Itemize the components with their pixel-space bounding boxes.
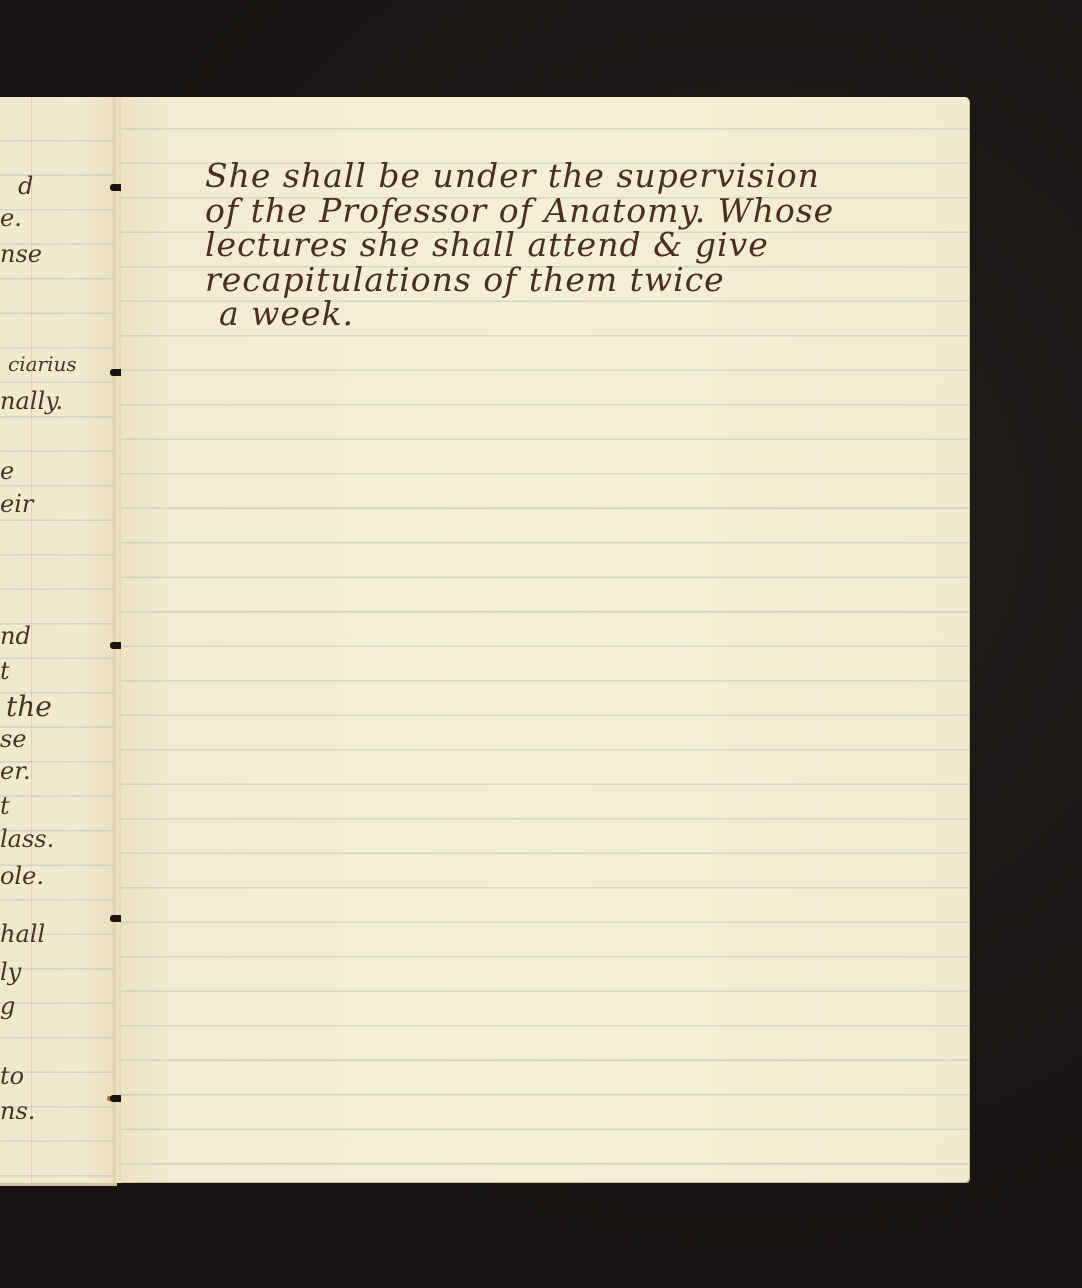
left-fragment: d — [18, 172, 33, 200]
left-fragment: nally. — [0, 387, 63, 415]
manuscript-line: a week. — [205, 297, 965, 332]
left-fragment: t — [0, 792, 10, 820]
manuscript-line: of the Professor of Anatomy. Whose — [205, 194, 965, 229]
left-fragment: se — [0, 725, 27, 753]
left-fragment: t — [0, 657, 10, 685]
left-fragment: ns. — [0, 1097, 35, 1125]
left-fragment: to — [0, 1062, 24, 1090]
manuscript-line: recapitulations of them twice — [205, 263, 965, 298]
left-fragment: e — [0, 457, 14, 485]
left-fragment: nd — [0, 622, 31, 650]
left-fragment: lass. — [0, 825, 54, 853]
left-fragment: the — [6, 690, 52, 723]
right-page: She shall be under the supervision of th… — [121, 97, 969, 1182]
handwritten-entry: She shall be under the supervision of th… — [205, 159, 965, 332]
left-fragment: e. — [0, 204, 22, 232]
manuscript-line: lectures she shall attend & give — [205, 228, 965, 263]
left-page: d e. nse ciarius nally. e eir nd t the s… — [0, 97, 117, 1186]
left-fragment: nse — [0, 240, 42, 268]
left-fragment: hall — [0, 920, 45, 948]
left-fragment: er. — [0, 757, 31, 785]
left-fragment: eir — [0, 490, 33, 518]
left-fragment: ly — [0, 958, 21, 986]
left-fragment: g — [0, 992, 15, 1020]
manuscript-line: She shall be under the supervision — [205, 159, 965, 194]
left-fragment: ciarius — [8, 352, 77, 376]
left-fragment: ole. — [0, 862, 44, 890]
